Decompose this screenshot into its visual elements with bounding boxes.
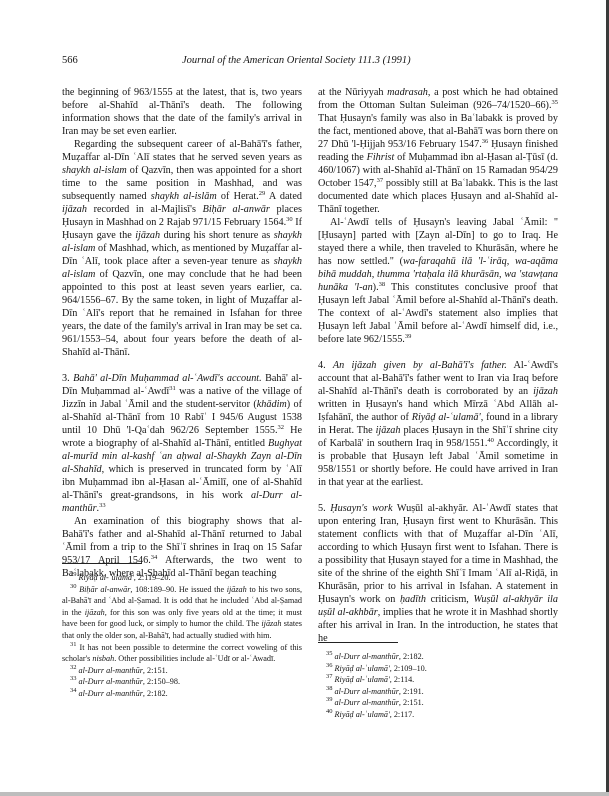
section-paragraph: 5. Ḥusayn's work Wuṣūl al-akhyār. Al-ʿAw…	[318, 502, 558, 645]
footnote-number: 40	[326, 708, 333, 715]
right-column: at the Nūriyyah madrasah, a post which h…	[318, 86, 558, 645]
body-paragraph: the beginning of 963/1555 at the latest,…	[62, 86, 302, 138]
footnote-39: 39 al-Durr al-manthūr, 2:151.	[318, 697, 558, 709]
footnote-number: 34	[70, 687, 77, 694]
footnote-33: 33 al-Durr al-manthūr, 2:150–98.	[62, 676, 302, 688]
section-paragraph: 4. An ijāzah given by al-Bahā'ī's father…	[318, 359, 558, 489]
footnotes-right: 35 al-Durr al-manthūr, 2:182.36 Riyāḍ al…	[318, 642, 558, 721]
footnote-number: 35	[326, 650, 333, 657]
footnote-31: 31 It has not been possible to determine…	[62, 642, 302, 665]
page-edge-bottom	[0, 792, 609, 796]
page-number: 566	[62, 55, 78, 66]
footnote-number: 37	[326, 673, 333, 680]
footnote-34: 34 al-Durr al-manthūr, 2:182.	[62, 688, 302, 700]
body-paragraph: at the Nūriyyah madrasah, a post which h…	[318, 86, 558, 216]
body-paragraph: Regarding the subsequent career of al-Ba…	[62, 138, 302, 359]
footnote-list: 35 al-Durr al-manthūr, 2:182.36 Riyāḍ al…	[318, 651, 558, 721]
body-paragraph: Al-ʿAwdī tells of Ḥusayn's leaving Jabal…	[318, 216, 558, 346]
footnote-number: 39	[326, 696, 333, 703]
footnote-number: 29	[70, 571, 77, 578]
left-column: the beginning of 963/1555 at the latest,…	[62, 86, 302, 580]
journal-title: Journal of the American Oriental Society…	[182, 55, 411, 66]
footnote-number: 32	[70, 664, 77, 671]
footnote-35: 35 al-Durr al-manthūr, 2:182.	[318, 651, 558, 663]
footnote-number: 30	[70, 583, 77, 590]
footnote-38: 38 al-Durr al-manthūr, 2:191.	[318, 686, 558, 698]
footnote-29: 29 Riyāḍ al-ʿulamā', 2:119–20.	[62, 572, 302, 584]
footnote-40: 40 Riyāḍ al-ʿulamā', 2:117.	[318, 709, 558, 721]
footnote-list: 29 Riyāḍ al-ʿulamā', 2:119–20.30 Biḥār a…	[62, 572, 302, 700]
footnote-rule	[318, 642, 398, 643]
footnote-number: 38	[326, 685, 333, 692]
footnote-number: 36	[326, 662, 333, 669]
footnote-number: 31	[70, 641, 77, 648]
footnote-32: 32 al-Durr al-manthūr, 2:151.	[62, 665, 302, 677]
footnotes-left: 29 Riyāḍ al-ʿulamā', 2:119–20.30 Biḥār a…	[62, 563, 302, 700]
running-head: 566 Journal of the American Oriental Soc…	[62, 55, 552, 69]
footnote-36: 36 Riyāḍ al-ʿulamā', 2:109–10.	[318, 663, 558, 675]
footnote-37: 37 Riyāḍ al-ʿulamā', 2:114.	[318, 674, 558, 686]
footnote-rule	[62, 563, 142, 564]
section-paragraph: 3. Bahā' al-Dīn Muḥammad al-ʿAwdī's acco…	[62, 372, 302, 515]
footnote-30: 30 Biḥār al-anwār, 108:189–90. He issued…	[62, 584, 302, 642]
footnote-number: 33	[70, 675, 77, 682]
